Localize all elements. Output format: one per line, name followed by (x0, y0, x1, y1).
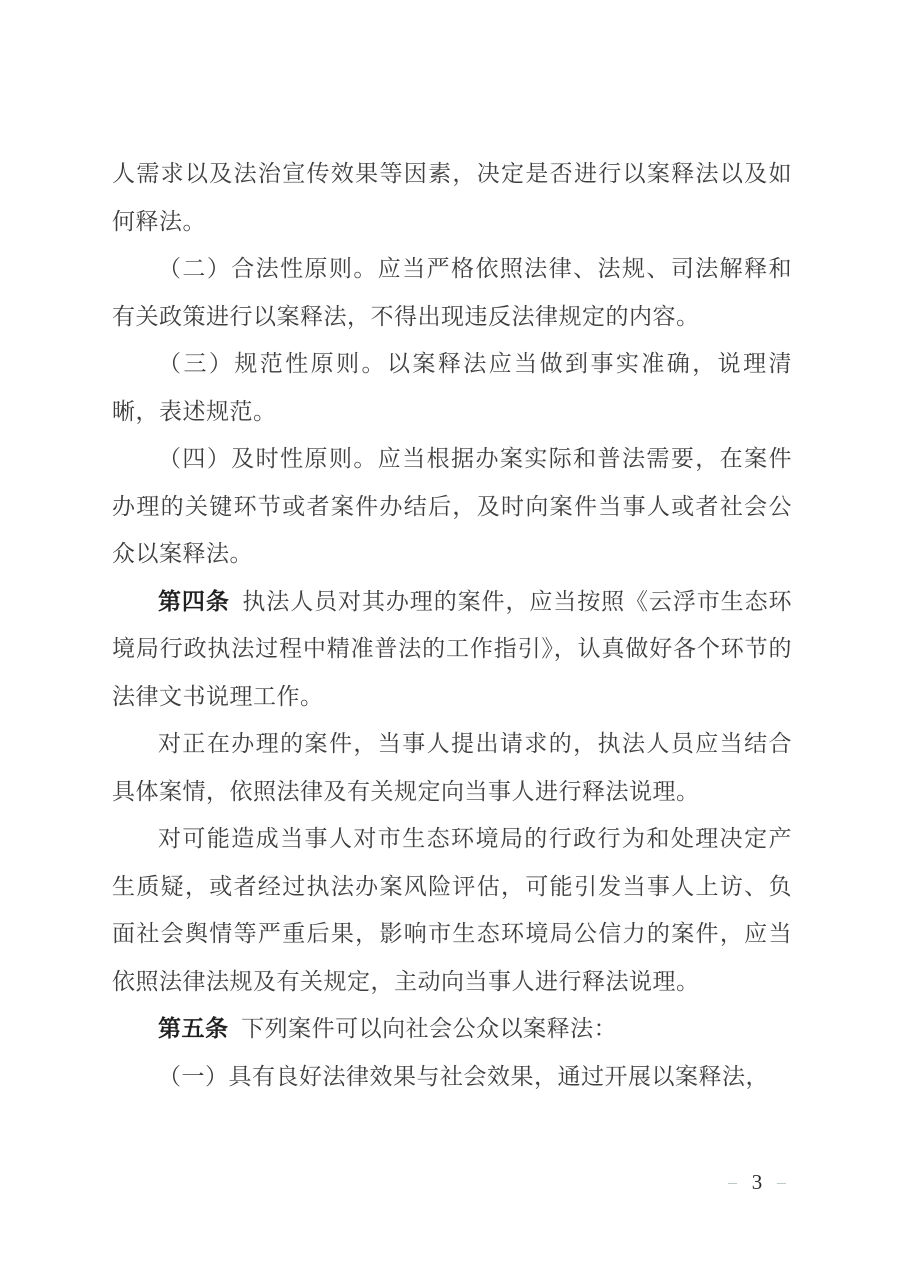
paragraph-continuation: 人需求以及法治宣传效果等因素，决定是否进行以案释法以及如何释法。 (112, 150, 792, 245)
article-number: 第五条 (158, 1015, 229, 1041)
paragraph: 对可能造成当事人对市生态环境局的行政行为和处理决定产生质疑，或者经过执法办案风险… (112, 815, 792, 1005)
paragraph: （一）具有良好法律效果与社会效果，通过开展以案释法， (112, 1053, 792, 1101)
paragraph: （四）及时性原则。应当根据办案实际和普法需要，在案件办理的关键环节或者案件办结后… (112, 435, 792, 578)
page-number-dash-left: – (728, 1172, 737, 1193)
page-number-value: 3 (752, 1170, 763, 1195)
paragraph: （二）合法性原则。应当严格依照法律、法规、司法解释和有关政策进行以案释法，不得出… (112, 245, 792, 340)
document-page: 人需求以及法治宣传效果等因素，决定是否进行以案释法以及如何释法。 （二）合法性原… (0, 0, 900, 1272)
article-number: 第四条 (158, 588, 230, 614)
page-number: – 3 – (728, 1170, 786, 1195)
page-number-dash-right: – (777, 1172, 786, 1193)
paragraph: （三）规范性原则。以案释法应当做到事实准确，说理清晰，表述规范。 (112, 340, 792, 435)
paragraph-article-5: 第五条下列案件可以向社会公众以案释法： (112, 1005, 792, 1053)
text-block: 人需求以及法治宣传效果等因素，决定是否进行以案释法以及如何释法。 （二）合法性原… (112, 150, 792, 1100)
paragraph-text: 下列案件可以向社会公众以案释法： (241, 1016, 617, 1041)
paragraph: 对正在办理的案件，当事人提出请求的，执法人员应当结合具体案情，依照法律及有关规定… (112, 720, 792, 815)
paragraph-article-4: 第四条执法人员对其办理的案件，应当按照《云浮市生态环境局行政执法过程中精准普法的… (112, 578, 792, 721)
